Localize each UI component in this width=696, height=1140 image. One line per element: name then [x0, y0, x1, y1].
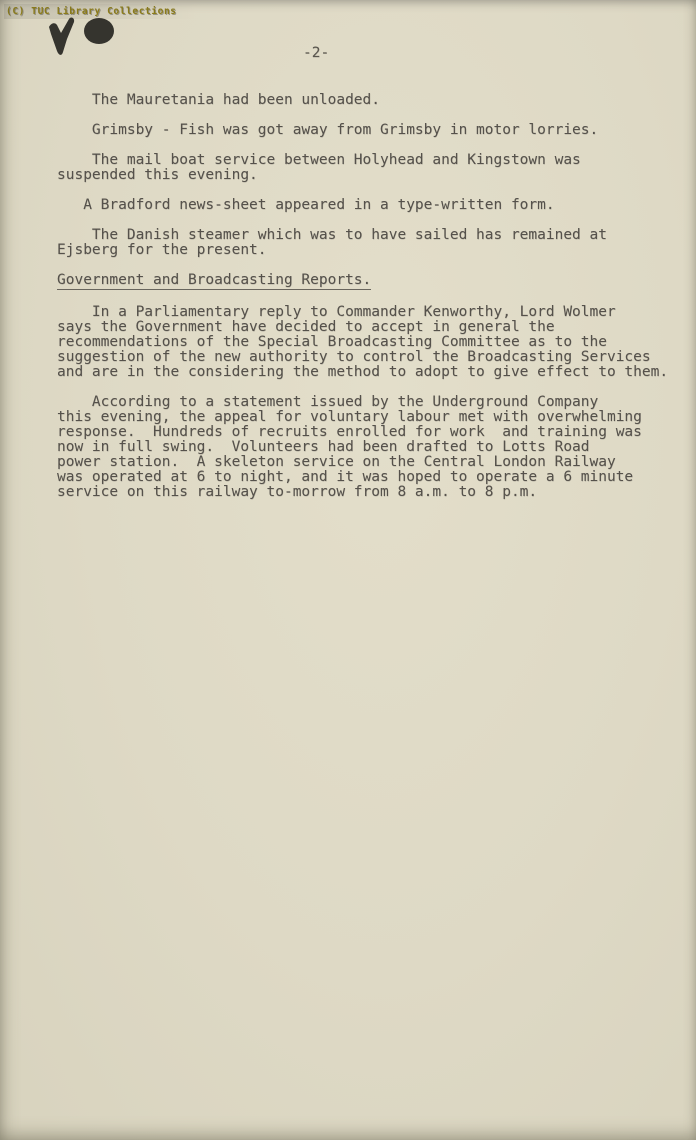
paragraph: In a Parliamentary reply to Commander Ke…	[57, 305, 672, 380]
paragraph: According to a statement issued by the U…	[57, 395, 672, 500]
text-line: and are in the considering the method to…	[57, 365, 672, 380]
text-line: power station. A skeleton service on the…	[57, 455, 672, 470]
text-line: A Bradford news-sheet appeared in a type…	[57, 198, 672, 213]
text-line: suspended this evening.	[57, 168, 672, 183]
paragraph: Grimsby - Fish was got away from Grimsby…	[57, 123, 672, 138]
text-line: says the Government have decided to acce…	[57, 320, 672, 335]
text-line: The Mauretania had been unloaded.	[57, 93, 672, 108]
text-line: The Danish steamer which was to have sai…	[57, 228, 672, 243]
text-line: In a Parliamentary reply to Commander Ke…	[57, 305, 672, 320]
text-line: response. Hundreds of recruits enrolled …	[57, 425, 672, 440]
section-heading: Government and Broadcasting Reports.	[57, 273, 672, 290]
document-body: The Mauretania had been unloaded. Grimsb…	[57, 93, 672, 515]
scanned-document-page: (C) TUC Library Collections -2- The Maur…	[0, 0, 696, 1140]
text-line: service on this railway to-morrow from 8…	[57, 485, 672, 500]
text-line: suggestion of the new authority to contr…	[57, 350, 672, 365]
text-line: recommendations of the Special Broadcast…	[57, 335, 672, 350]
ink-marks	[0, 0, 140, 70]
paragraph: A Bradford news-sheet appeared in a type…	[57, 198, 672, 213]
text-line: Grimsby - Fish was got away from Grimsby…	[57, 123, 672, 138]
text-line: The mail boat service between Holyhead a…	[57, 153, 672, 168]
ink-dot-icon	[84, 18, 114, 44]
text-line: this evening, the appeal for voluntary l…	[57, 410, 672, 425]
text-line: was operated at 6 to night, and it was h…	[57, 470, 672, 485]
text-line: According to a statement issued by the U…	[57, 395, 672, 410]
section-heading-text: Government and Broadcasting Reports.	[57, 273, 371, 290]
text-line: now in full swing. Volunteers had been d…	[57, 440, 672, 455]
text-line: Ejsberg for the present.	[57, 243, 672, 258]
check-mark-icon	[49, 18, 74, 55]
paragraph: The Danish steamer which was to have sai…	[57, 228, 672, 258]
page-number: -2-	[303, 46, 329, 61]
paragraph: The Mauretania had been unloaded.	[57, 93, 672, 108]
paragraph: The mail boat service between Holyhead a…	[57, 153, 672, 183]
